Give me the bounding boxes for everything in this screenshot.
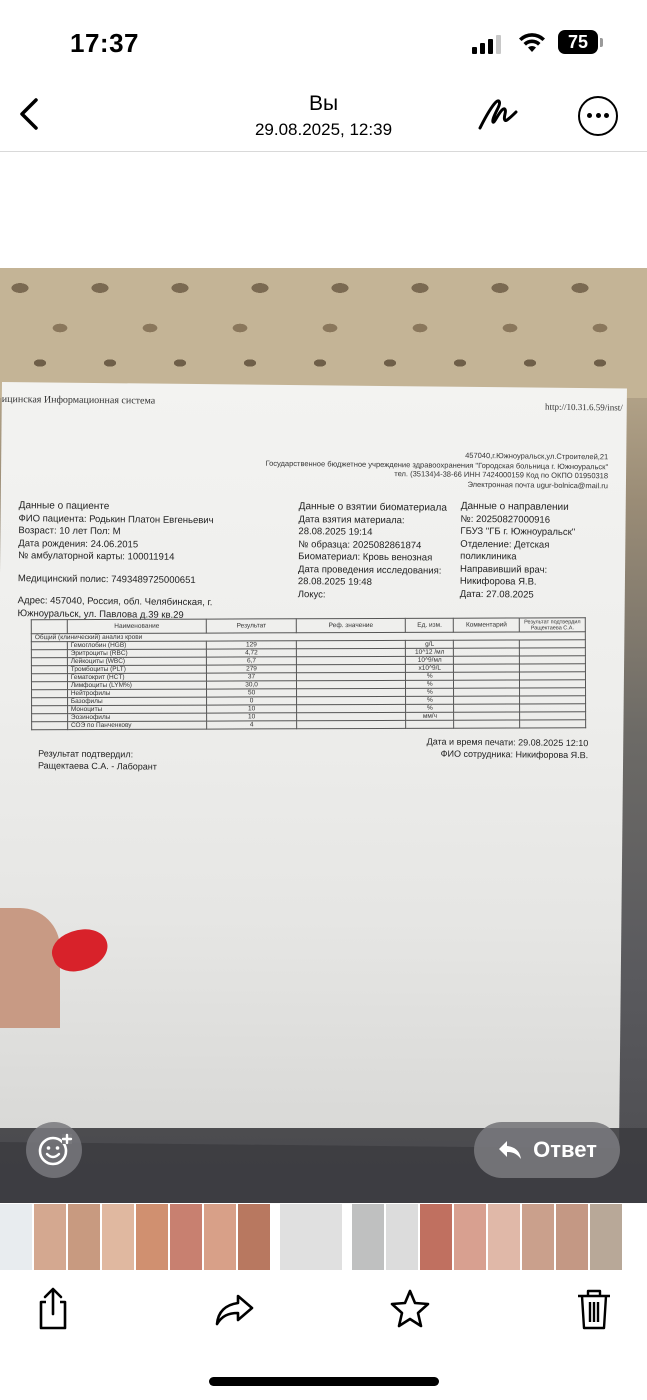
thumbnail[interactable] — [280, 1204, 342, 1270]
ellipsis-circle-icon[interactable] — [578, 96, 618, 136]
wifi-icon — [517, 32, 547, 54]
thumbnail[interactable] — [68, 1204, 100, 1270]
thumbnail[interactable] — [590, 1204, 622, 1270]
patient-info: Данные о пациенте ФИО пациента: Родькин … — [18, 500, 214, 622]
thumbnail[interactable] — [0, 1204, 32, 1270]
markup-pen-icon[interactable] — [476, 94, 520, 134]
smiley-plus-icon — [26, 1122, 82, 1178]
hand — [0, 908, 60, 1028]
share-icon[interactable] — [31, 1286, 75, 1332]
reply-arrow-icon — [497, 1139, 523, 1161]
confirmed-by: Результат подтвердил: Ращектаева С.А. - … — [38, 748, 157, 772]
battery-tip — [600, 38, 603, 47]
print-info: Дата и время печати: 29.08.2025 12:10 ФИ… — [426, 736, 588, 761]
photo-viewer[interactable]: ицинская Информационная система http://1… — [0, 268, 647, 1203]
star-icon[interactable] — [388, 1286, 432, 1332]
signal-icon — [472, 34, 502, 54]
reaction-button[interactable] — [26, 1122, 82, 1178]
table-row: СОЭ по Панченкову4 — [32, 720, 586, 730]
reply-label: Ответ — [533, 1137, 597, 1163]
paper-url: http://10.31.6.59/inst/ — [545, 402, 623, 413]
home-indicator — [209, 1377, 439, 1386]
thumbnail[interactable] — [420, 1204, 452, 1270]
reply-button[interactable]: Ответ — [474, 1122, 620, 1178]
thumbnail-strip[interactable] — [0, 1204, 647, 1270]
carpet-background — [0, 268, 647, 398]
sample-info: Данные о взятии биоматериала Дата взятия… — [298, 501, 447, 603]
thumbnail[interactable] — [204, 1204, 236, 1270]
organization-info: 457040,г.Южноуральск,ул.Строителей,21 Го… — [188, 448, 608, 490]
bottom-toolbar — [0, 1280, 647, 1340]
thumbnail[interactable] — [170, 1204, 202, 1270]
thumbnail[interactable] — [488, 1204, 520, 1270]
thumbnail[interactable] — [556, 1204, 588, 1270]
thumbnail[interactable] — [102, 1204, 134, 1270]
thumbnail[interactable] — [522, 1204, 554, 1270]
thumbnail[interactable] — [136, 1204, 168, 1270]
paper-system-title: ицинская Информационная система — [2, 394, 155, 407]
thumbnail[interactable] — [454, 1204, 486, 1270]
sender-title: Вы — [0, 92, 647, 116]
blood-test-table: Наименование Результат Реф. значение Ед.… — [31, 617, 586, 730]
status-time: 17:37 — [70, 28, 139, 59]
thumbnail[interactable] — [352, 1204, 384, 1270]
lab-report-paper: ицинская Информационная система http://1… — [0, 382, 627, 1149]
battery-icon: 75 — [558, 30, 598, 54]
forward-arrow-icon[interactable] — [212, 1286, 256, 1332]
message-timestamp: 29.08.2025, 12:39 — [0, 120, 647, 140]
thumbnail[interactable] — [238, 1204, 270, 1270]
thumbnail[interactable] — [386, 1204, 418, 1270]
nav-header: Вы 29.08.2025, 12:39 — [0, 80, 647, 152]
referral-info: Данные о направлении №: 20250827000916 Г… — [460, 501, 576, 602]
thumbnail[interactable] — [34, 1204, 66, 1270]
status-bar: 17:37 75 — [0, 0, 647, 80]
trash-icon[interactable] — [572, 1286, 616, 1332]
